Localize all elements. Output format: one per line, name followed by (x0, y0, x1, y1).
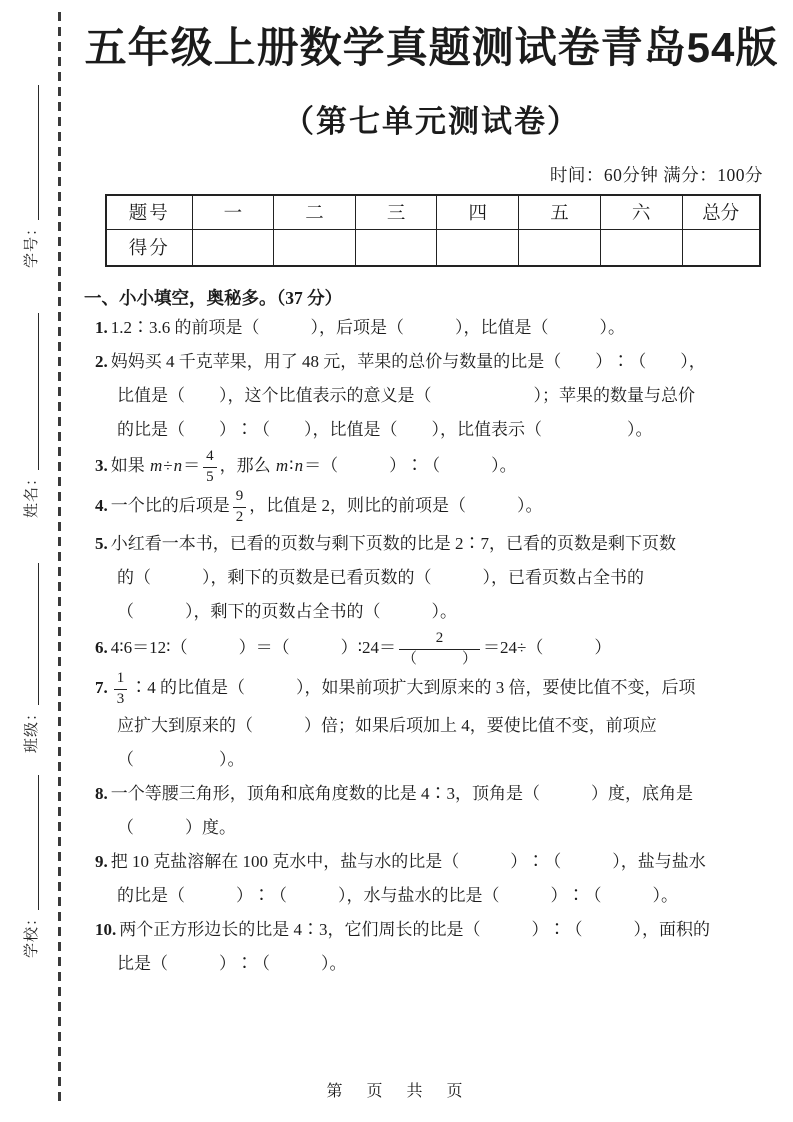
question-text: （ ），剩下的页数占全书的（ ）。 (117, 602, 457, 621)
sidebar-blank-line (23, 775, 40, 910)
score-table-header-cell: 六 (600, 195, 682, 229)
question-text: 的（ ），剩下的页数是已看页数的（ ），已看页数占全书的 (117, 568, 644, 587)
sidebar-field: 班级： (20, 563, 41, 753)
math-variable: n (174, 456, 183, 475)
question-line: 7.13∶4 的比值是（ ），如果前项扩大到原来的 3 倍，要使比值不变，后项 (95, 669, 767, 709)
question-number: 10. (95, 920, 116, 939)
question-number: 4. (95, 496, 108, 515)
question-line: 2.妈妈买 4 千克苹果，用了 48 元，苹果的总价与数量的比是（ ）∶（ ）， (95, 345, 767, 379)
score-table-header-cell: 一 (192, 195, 274, 229)
fraction: 92 (233, 487, 247, 527)
score-table-score-row: 得分 (106, 229, 760, 266)
question-text: ＝24÷（ ） (483, 638, 611, 657)
question-line: 比是（ ）∶（ ）。 (95, 947, 767, 981)
question-text: 比值是（ ），这个比值表示的意义是（ ）；苹果的数量与总价 (117, 386, 695, 405)
sidebar-field: 学号： (20, 85, 41, 268)
score-cell (192, 229, 274, 266)
sidebar-field-label: 学号： (20, 220, 41, 268)
question-line: 1.1.2∶3.6 的前项是（ ），后项是（ ），比值是（ ）。 (95, 311, 767, 345)
question: 6.4∶6＝12∶（ ）＝（ ）∶24＝2（ ）＝24÷（ ） (95, 629, 767, 669)
question-text: 把 10 克盐溶解在 100 克水中，盐与水的比是（ ）∶（ ），盐与盐水 (111, 852, 706, 871)
question-text: ∶4 的比值是（ ），如果前项扩大到原来的 3 倍，要使比值不变，后项 (130, 678, 695, 697)
question: 5.小红看一本书，已看的页数与剩下页数的比是 2∶7，已看的页数是剩下页数的（ … (95, 527, 767, 629)
sidebar-blank-line (23, 563, 40, 705)
question: 1.1.2∶3.6 的前项是（ ），后项是（ ），比值是（ ）。 (95, 311, 767, 345)
question-text: ∶ (289, 456, 293, 475)
time-score-info: 时间：60分钟 满分：100分 (550, 162, 763, 187)
questions: 1.1.2∶3.6 的前项是（ ），后项是（ ），比值是（ ）。2.妈妈买 4 … (95, 311, 767, 981)
question-line: 的比是（ ）∶（ ），比值是（ ），比值表示（ ）。 (95, 413, 767, 447)
score-cell (274, 229, 356, 266)
fraction-denominator: 5 (203, 467, 217, 488)
question-line: 8.一个等腰三角形，顶角和底角度数的比是 4∶3，顶角是（ ）度，底角是 (95, 777, 767, 811)
question-number: 8. (95, 784, 108, 803)
page-subtitle: （第七单元测试卷） (80, 96, 783, 141)
sidebar-field-label: 学校： (20, 910, 41, 958)
question-line: （ ）。 (95, 743, 767, 777)
fraction-numerator: 9 (236, 487, 244, 507)
question: 4.一个比的后项是92，比值是 2，则比的前项是（ ）。 (95, 487, 767, 527)
question-text: ＝（ ）∶（ ）。 (304, 456, 517, 475)
question-number: 6. (95, 638, 108, 657)
score-table-header-cell: 总分 (682, 195, 760, 229)
dashed-cut-line (58, 12, 61, 1104)
score-cell (437, 229, 519, 266)
question-line: 4.一个比的后项是92，比值是 2，则比的前项是（ ）。 (95, 487, 767, 527)
question-text: 小红看一本书，已看的页数与剩下页数的比是 2∶7，已看的页数是剩下页数 (111, 534, 676, 553)
question-line: （ ），剩下的页数占全书的（ ）。 (95, 595, 767, 629)
question-text: ＝ (183, 456, 200, 475)
fraction: 13 (114, 669, 128, 709)
fraction-denominator: （ ） (399, 649, 480, 670)
question-line: 6.4∶6＝12∶（ ）＝（ ）∶24＝2（ ）＝24÷（ ） (95, 629, 767, 669)
question-text: （ ）度。 (117, 818, 236, 837)
question-text: （ ）。 (117, 750, 245, 769)
question-line: （ ）度。 (95, 811, 767, 845)
score-cell (600, 229, 682, 266)
score-table-header-cell: 二 (274, 195, 356, 229)
question-text: 的比是（ ）∶（ ），比值是（ ），比值表示（ ）。 (117, 420, 653, 439)
question-text: 比是（ ）∶（ ）。 (117, 954, 347, 973)
question-text: ，那么 (220, 456, 275, 475)
question-number: 3. (95, 456, 108, 475)
question-number: 2. (95, 352, 108, 371)
section-heading: 一、小小填空，奥秘多。（37 分） (84, 285, 342, 310)
question-text: 的比是（ ）∶（ ），水与盐水的比是（ ）∶（ ）。 (117, 886, 678, 905)
question-text: 一个等腰三角形，顶角和底角度数的比是 4∶3，顶角是（ ）度，底角是 (111, 784, 693, 803)
question: 8.一个等腰三角形，顶角和底角度数的比是 4∶3，顶角是（ ）度，底角是（ ）度… (95, 777, 767, 845)
header: 五年级上册数学真题测试卷青岛54版 （第七单元测试卷） (80, 24, 783, 141)
question-text: ，比值是 2，则比的前项是（ ）。 (249, 496, 542, 515)
question: 10.两个正方形边长的比是 4∶3，它们周长的比是（ ）∶（ ），面积的比是（ … (95, 913, 767, 981)
question: 7.13∶4 的比值是（ ），如果前项扩大到原来的 3 倍，要使比值不变，后项应… (95, 669, 767, 777)
sidebar-field: 姓名： (20, 313, 41, 518)
score-row-label: 得分 (106, 229, 192, 266)
question-number: 9. (95, 852, 108, 871)
question: 3.如果 m÷n＝45，那么 m∶n＝（ ）∶（ ）。 (95, 447, 767, 487)
question-line: 3.如果 m÷n＝45，那么 m∶n＝（ ）∶（ ）。 (95, 447, 767, 487)
fraction: 2（ ） (399, 629, 480, 669)
test-paper-page: 学号：姓名：班级：学校： 五年级上册数学真题测试卷青岛54版 （第七单元测试卷）… (0, 0, 793, 1122)
score-cell (355, 229, 437, 266)
fraction-numerator: 1 (117, 669, 125, 689)
score-table-header-cell: 题号 (106, 195, 192, 229)
question-text: ÷ (163, 456, 172, 475)
question-text: 4∶6＝12∶（ ）＝（ ）∶24＝ (111, 638, 396, 657)
fraction-denominator: 3 (114, 689, 128, 710)
score-table-header-cell: 四 (437, 195, 519, 229)
fraction-numerator: 4 (206, 447, 214, 467)
fraction-denominator: 2 (233, 507, 247, 528)
question-text: 1.2∶3.6 的前项是（ ），后项是（ ），比值是（ ）。 (111, 318, 625, 337)
question-line: 的比是（ ）∶（ ），水与盐水的比是（ ）∶（ ）。 (95, 879, 767, 913)
sidebar-blank-line (23, 85, 40, 220)
question-text: 两个正方形边长的比是 4∶3，它们周长的比是（ ）∶（ ），面积的 (119, 920, 710, 939)
score-table-header-cell: 五 (519, 195, 601, 229)
sidebar-field-label: 班级： (20, 705, 41, 753)
question-line: 10.两个正方形边长的比是 4∶3，它们周长的比是（ ）∶（ ），面积的 (95, 913, 767, 947)
sidebar-blank-line (23, 313, 40, 470)
question-text: 一个比的后项是 (111, 496, 230, 515)
score-cell (519, 229, 601, 266)
score-table-header-cell: 三 (355, 195, 437, 229)
math-variable: n (295, 456, 304, 475)
question-number: 1. (95, 318, 108, 337)
score-table: 题号一二三四五六总分 得分 (105, 194, 761, 267)
fraction-numerator: 2 (436, 629, 444, 649)
question: 9.把 10 克盐溶解在 100 克水中，盐与水的比是（ ）∶（ ），盐与盐水的… (95, 845, 767, 913)
question: 2.妈妈买 4 千克苹果，用了 48 元，苹果的总价与数量的比是（ ）∶（ ），… (95, 345, 767, 447)
question-line: 9.把 10 克盐溶解在 100 克水中，盐与水的比是（ ）∶（ ），盐与盐水 (95, 845, 767, 879)
sidebar-field-label: 姓名： (20, 470, 41, 518)
question-line: 的（ ），剩下的页数是已看页数的（ ），已看页数占全书的 (95, 561, 767, 595)
question-line: 比值是（ ），这个比值表示的意义是（ ）；苹果的数量与总价 (95, 379, 767, 413)
math-variable: m (150, 456, 162, 475)
question-text: 妈妈买 4 千克苹果，用了 48 元，苹果的总价与数量的比是（ ）∶（ ）， (111, 352, 706, 371)
math-variable: m (276, 456, 288, 475)
score-cell (682, 229, 760, 266)
question-number: 7. (95, 678, 108, 697)
question-line: 应扩大到原来的（ ）倍；如果后项加上 4，要使比值不变，前项应 (95, 709, 767, 743)
question-line: 5.小红看一本书，已看的页数与剩下页数的比是 2∶7，已看的页数是剩下页数 (95, 527, 767, 561)
sidebar-field: 学校： (20, 775, 41, 958)
question-text: 如果 (111, 456, 149, 475)
question-text: 应扩大到原来的（ ）倍；如果后项加上 4，要使比值不变，前项应 (117, 716, 657, 735)
page-title: 五年级上册数学真题测试卷青岛54版 (80, 24, 783, 72)
page-footer: 第 页 共 页 (0, 1078, 793, 1101)
score-table-header-row: 题号一二三四五六总分 (106, 195, 760, 229)
fraction: 45 (203, 447, 217, 487)
question-number: 5. (95, 534, 108, 553)
